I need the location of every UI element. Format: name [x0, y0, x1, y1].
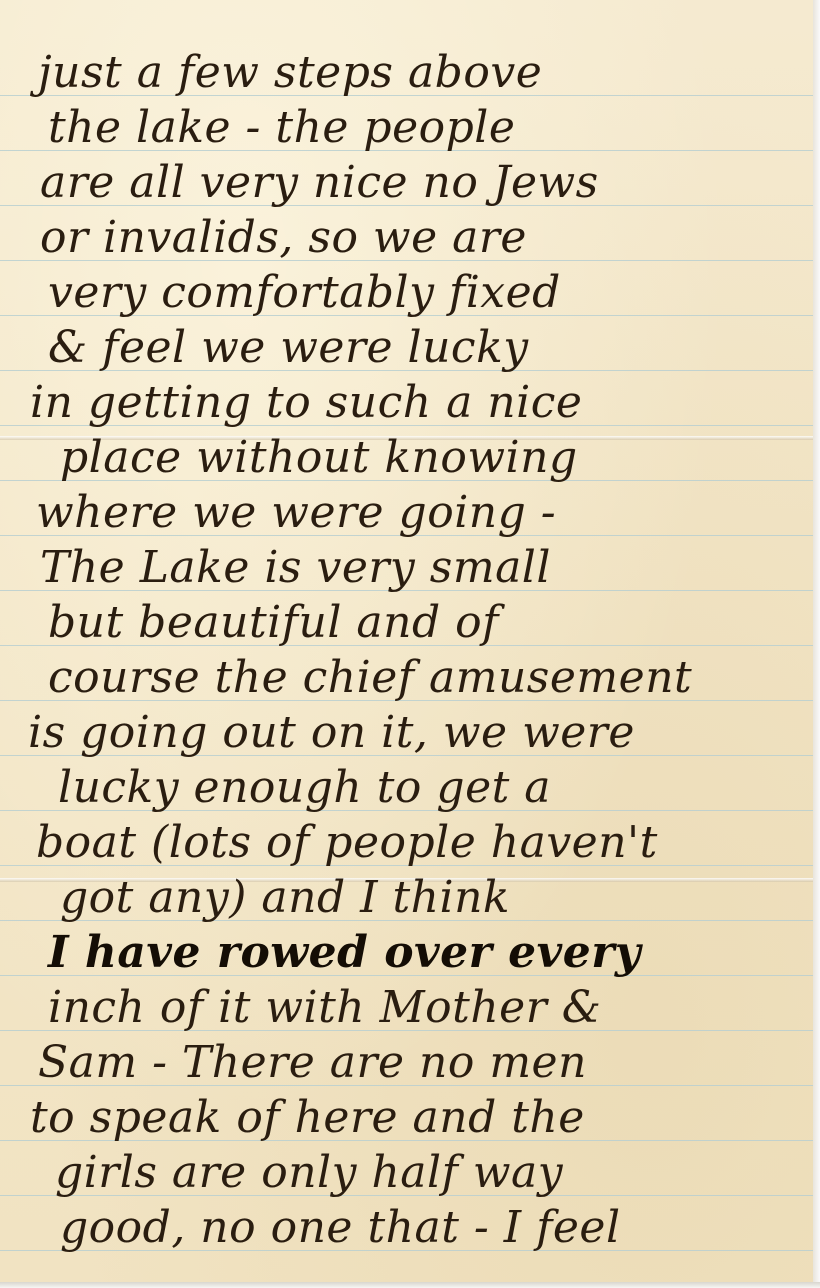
letter-line-16: got any) and I think [60, 870, 813, 925]
letter-page: just a few steps above the lake - the pe… [0, 0, 813, 1282]
letter-line-19: Sam - There are no men [38, 1035, 813, 1090]
letter-line-17: I have rowed over every [48, 925, 813, 980]
letter-line-10: The Lake is very small [40, 540, 813, 595]
scan-edge-right [813, 0, 820, 1288]
letter-line-9: where we were going - [36, 485, 813, 540]
letter-line-6: & feel we were lucky [48, 320, 813, 375]
scan-edge-bottom [0, 1282, 820, 1288]
letter-line-20: to speak of here and the [30, 1090, 813, 1145]
letter-line-15: boat (lots of people haven't [36, 815, 813, 870]
letter-line-8: place without knowing [60, 430, 813, 485]
letter-line-13: is going out on it, we were [28, 705, 813, 760]
letter-line-12: course the chief amusement [48, 650, 813, 705]
letter-line-21: girls are only half way [55, 1145, 813, 1200]
letter-line-14: lucky enough to get a [58, 760, 813, 815]
letter-line-1: just a few steps above [38, 45, 813, 100]
letter-line-4: or invalids, so we are [40, 210, 813, 265]
letter-line-11: but beautiful and of [48, 595, 813, 650]
letter-line-3: are all very nice no Jews [40, 155, 813, 210]
letter-line-7: in getting to such a nice [30, 375, 813, 430]
letter-line-2: the lake - the people [48, 100, 813, 155]
letter-line-5: very comfortably fixed [48, 265, 813, 320]
letter-line-18: inch of it with Mother & [48, 980, 813, 1035]
letter-line-22: good, no one that - I feel [60, 1200, 813, 1255]
